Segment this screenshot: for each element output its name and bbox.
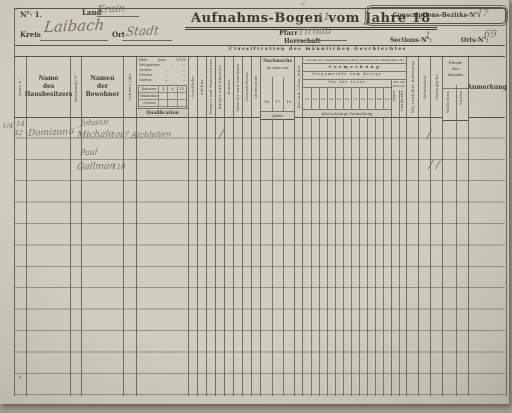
conscription-table: Haus-N° NamedesHausbesitzers Wohnungs-N°… [14,56,505,396]
class-col-4: Bürger und Künstler [216,57,225,396]
pfarr-label: Pfarr [279,29,298,37]
margin-note-handwriting: 1/4 [2,122,14,130]
column-beurlaubte: Beurlaubte [419,57,431,396]
pfarr-value-handwriting: Tirnau [297,25,332,37]
class-col-6: Häusler und Inwohner [234,57,243,396]
class-col-7: Gewerbsleute [243,57,252,396]
column-vormerkung: In keine der obigen Rubriken gehörig und… [303,57,407,396]
age-class: 11e [383,97,391,101]
column-bis14: Bis zum 14ten Jahre [295,57,303,396]
inhabitant-1: Johann [80,117,109,127]
orts-value-handwriting: 69 [483,29,497,40]
column-party-number: Wohnungs-N° [71,57,82,396]
inhabitant-3: Paul [80,148,98,158]
check-mark-handwriting: ✓ [300,0,307,8]
column-owner-name: NamedesHausbesitzers [27,57,71,396]
scanned-document: { "page": {"paper_color":"#cbc7b8","ink"… [0,0,512,413]
class-col-5: Bauern [225,57,234,396]
age-class: 7e [351,97,359,101]
inhabitants-header: NamenderBewohner [86,75,120,99]
pfarr-underline [295,40,347,41]
house-number-top: 14 [16,120,26,128]
age-class: 5e [335,97,343,101]
vormerkung-line2: Vormerkung [303,64,407,69]
age-class: 6e [343,97,351,101]
paper-sheet: N°· 1. Land Aufnahms-Bogen vom Jahre 18 … [0,0,509,404]
nachwuchs-year-3: 18 [283,99,295,104]
column-birth-year: Geburts-Jahr [124,57,137,396]
inhabitant-4: Gallman [76,161,115,172]
reserve-title: Für dieReserve [391,80,407,88]
ort-underline [122,40,172,41]
age-class: 3e [319,97,327,101]
reserve-col-1: Jäger [392,90,396,101]
nachwuchs-title: Nachwuchs [261,59,294,64]
qualification-handwriting: Aichlehen [131,129,172,139]
column-nachwuchs: Nachwuchs Im Alter von 16 17 18 Jahre [261,57,295,396]
age-class: 9e [367,97,375,101]
qualification-header: Qualification [137,108,188,117]
age-class: 1e [303,97,311,101]
column-befreiung: Mit zeitlicher Befreiung [407,57,419,396]
horses-col-1: Wallachen [446,91,450,113]
nachwuchs-year-1: 16 [261,99,272,104]
kreis-underline [40,40,108,41]
inhabitant-2: Michale [76,129,114,140]
entry-number-2: 118 [112,163,126,172]
column-house-number: Haus-N° [14,57,27,396]
vormerkung-bottom: Altersclassige Vormerkung [303,109,391,117]
column-untaugliche: Untaugliche [431,57,443,396]
nachwuchs-footer: Jahre [261,111,294,119]
owner-header: NamedesHausbesitzers [25,75,73,99]
classification-title: Classification des männlichen Geschlecht… [190,47,446,52]
party-number-header: Wohnungs-N° [74,73,78,102]
owner-name-handwriting: Domizan [27,127,68,138]
column-inhabitants: NamenderBewohner [82,57,124,396]
horses-title: PferdedesBezirks [443,60,468,78]
birth-year-header: Geburts-Jahr [128,73,132,101]
sections-value-handwriting: 1 [424,31,431,41]
kreis-value-handwriting: Laibach [43,16,105,36]
grid-line [272,77,273,396]
reserve-col-2: Landwehr [400,90,404,111]
land-holdings-box: HöfeJoch1/100 Weingärten—— Aecker—— Wies… [138,58,187,83]
column-qualification: HöfeJoch1/100 Weingärten—— Aecker—— Wies… [137,57,189,396]
year-handwriting: 11 [316,12,330,23]
age-class: 8e [359,97,367,101]
vormerkung-line4: für die Linie [303,80,391,84]
ort-value-handwriting: Stadt [125,23,159,38]
plus-mark: + [17,374,23,381]
house-number-header: Haus-N° [18,78,22,96]
remarks-header: Anmerkung [467,84,506,91]
horses-col-2: Stuten [459,91,463,105]
age-class: 10e [375,97,383,101]
nachwuchs-year-2: 17 [272,99,283,104]
land-value-handwriting: Krain [96,3,125,15]
grid-line [283,77,284,396]
column-remarks: Anmerkung [469,57,505,396]
ort-label: Ort [112,30,125,39]
conscription-value-handwriting: 17 [476,9,489,19]
vormerkung-line3: Vorgemerkte zum Kriege [303,72,391,76]
house-number-bottom: 42 [14,129,24,137]
age-class: 4e [327,97,335,101]
class-col-3: Beamte und Honoratioren [207,57,216,396]
class-col-2: Adelige [198,57,207,396]
class-col-8: Abwesende [252,57,261,396]
entry-number-1: 1087 [111,131,130,140]
class-col-1: Geistliche [189,57,198,396]
party-number-handwriting: 6 [69,127,75,136]
conscription-district-label: Conscriptions-Bezirks-N°: [393,12,481,19]
nachwuchs-sub: Im Alter von [261,66,294,71]
column-horses: PferdedesBezirks Wallachen Stuten [443,57,469,396]
age-class: 2e [311,97,319,101]
form-number: N°· 1. [20,10,42,19]
kreis-label: Kreis [20,30,41,39]
